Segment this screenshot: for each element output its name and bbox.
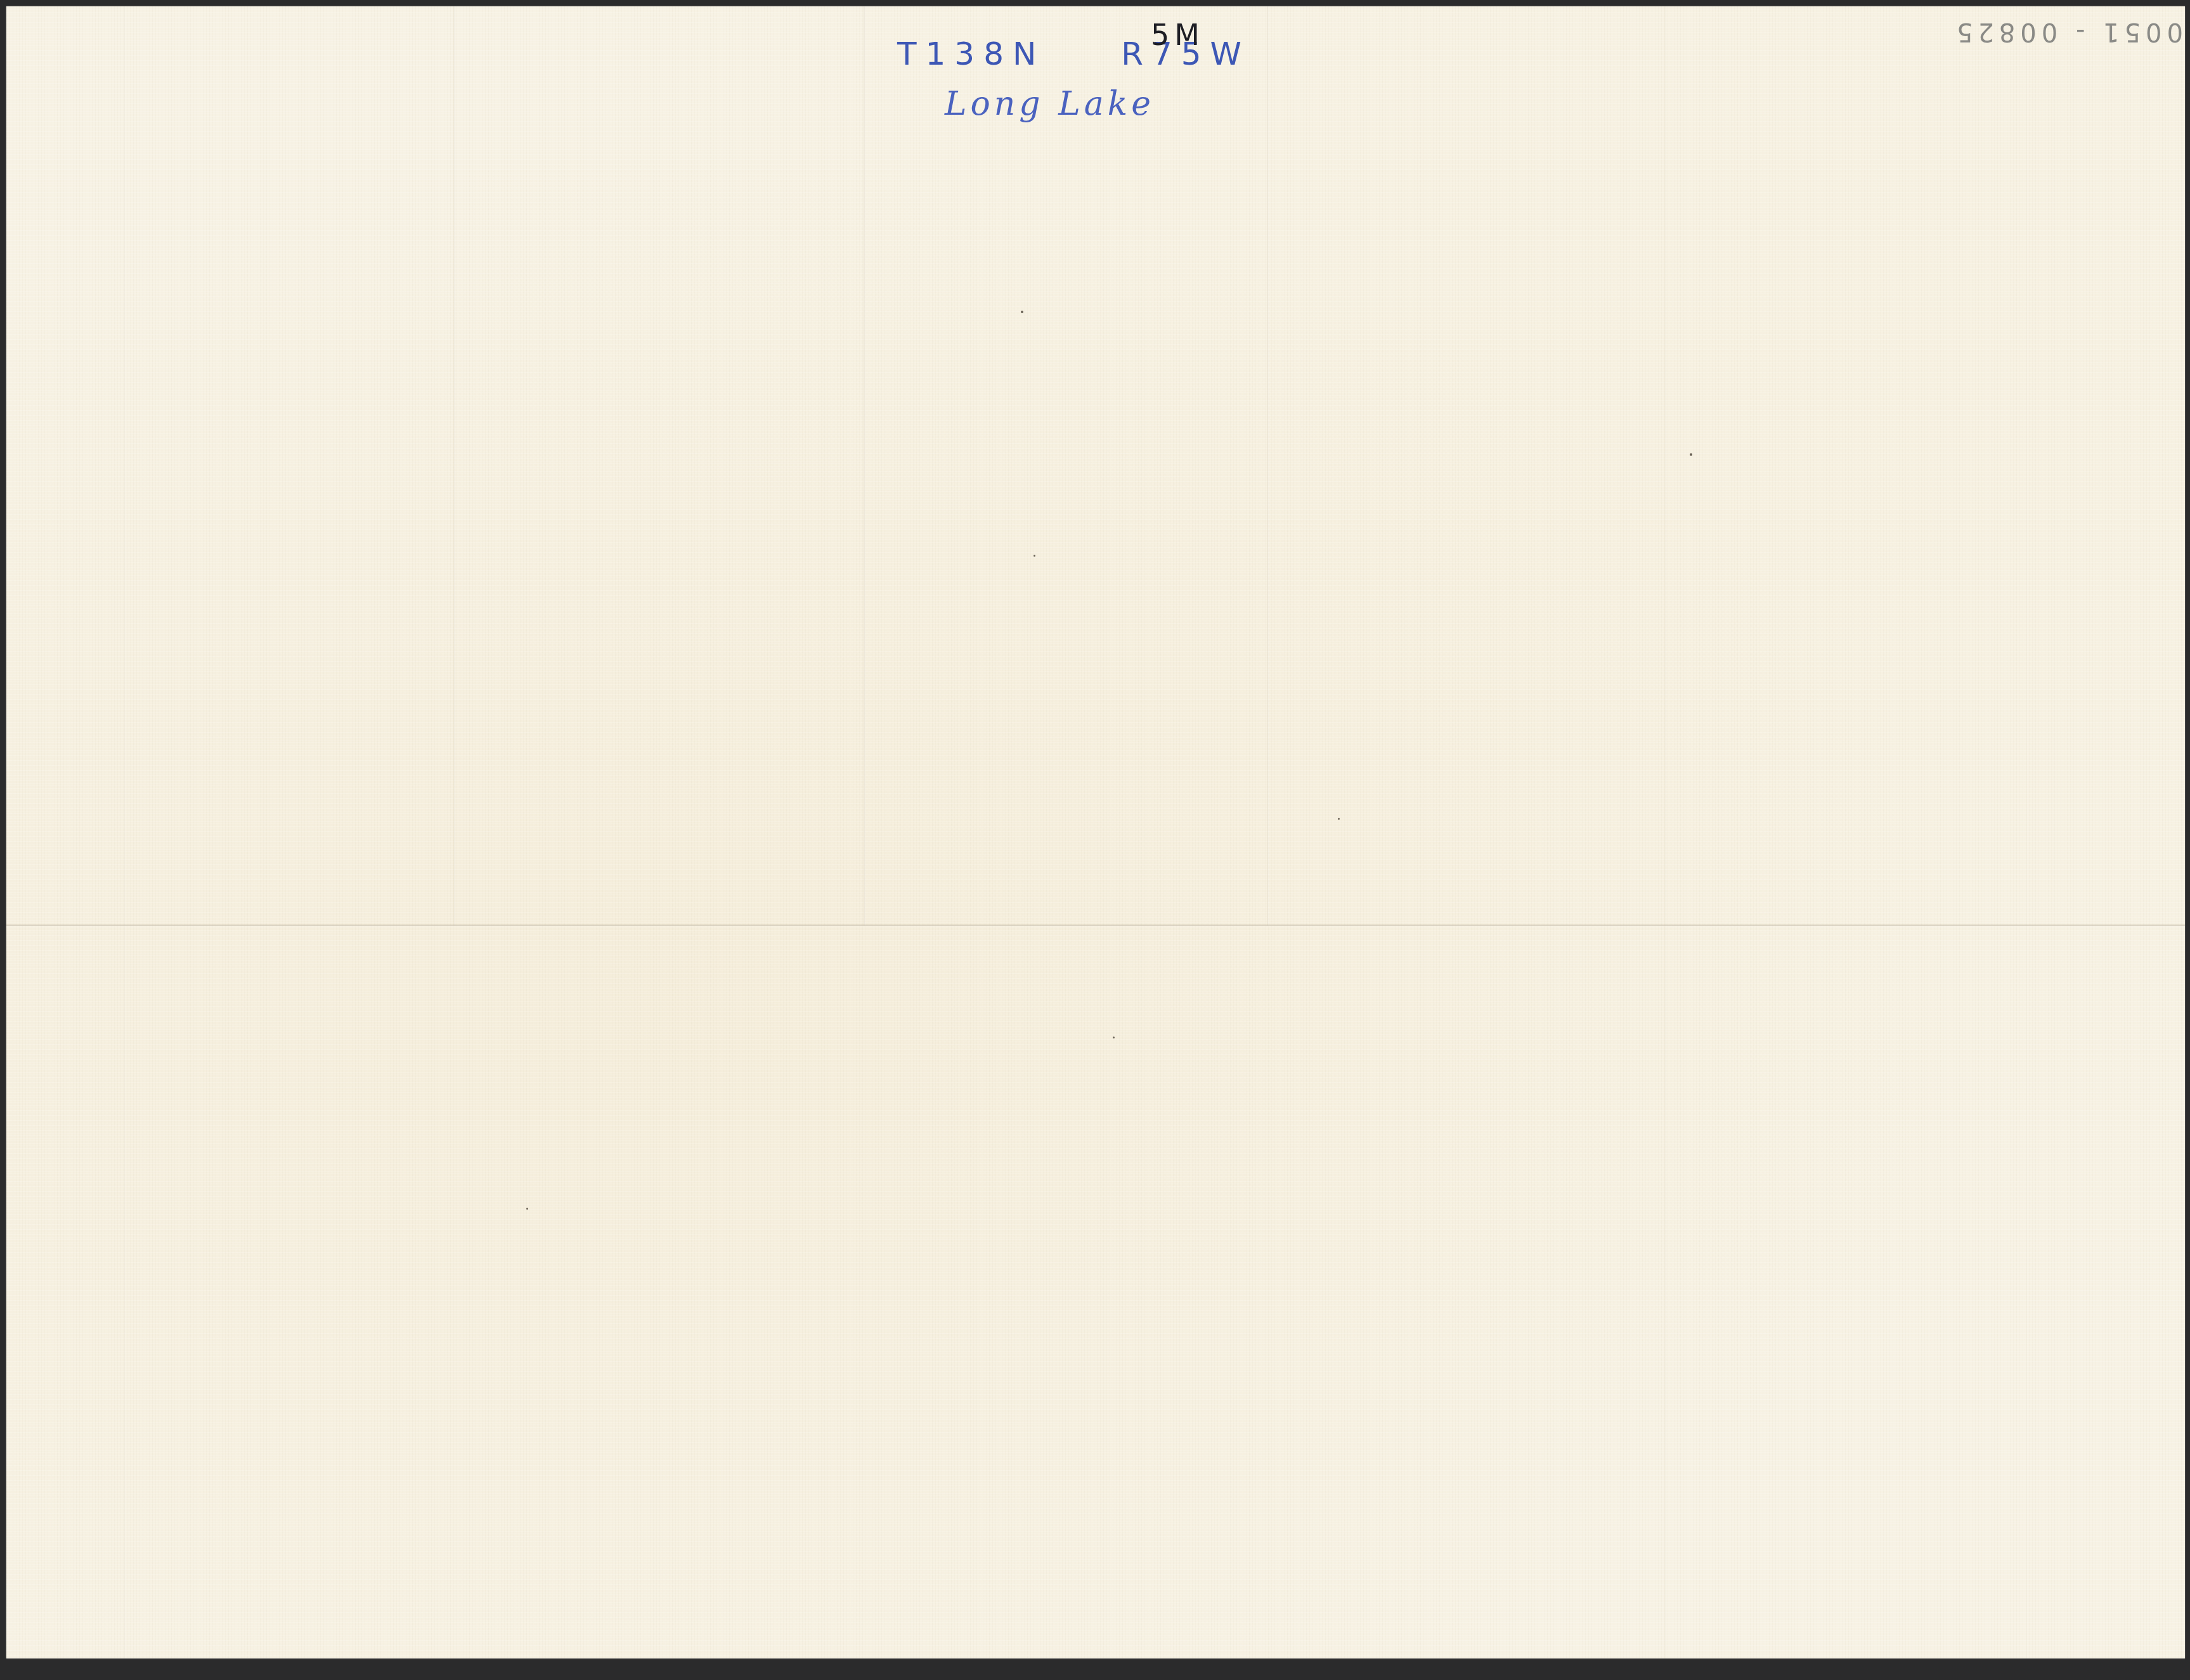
linen-sheet: T138N R75W Long Lake 5M 10051 - 00825 (6, 6, 2185, 1658)
fold-line-vertical (453, 6, 455, 926)
catalog-number-annotation: 10051 - 00825 (1952, 19, 2190, 44)
blemish (1113, 1037, 1115, 1038)
blemish (1338, 818, 1340, 820)
blemish (526, 1208, 528, 1210)
place-name-annotation: Long Lake (945, 87, 1155, 120)
fold-line-vertical (124, 6, 126, 1658)
fold-line-vertical (864, 6, 865, 926)
blemish (1690, 453, 1692, 456)
township-label: T138N (897, 36, 1045, 72)
sheet-code-annotation: 5M (1151, 20, 1205, 49)
blemish (1033, 555, 1035, 557)
blemish (1021, 311, 1023, 313)
fold-line-vertical (1267, 6, 1269, 926)
fold-line-horizontal (6, 924, 2185, 927)
fold-line-vertical (2026, 6, 2028, 1658)
fold-line-vertical (1664, 6, 1666, 1658)
